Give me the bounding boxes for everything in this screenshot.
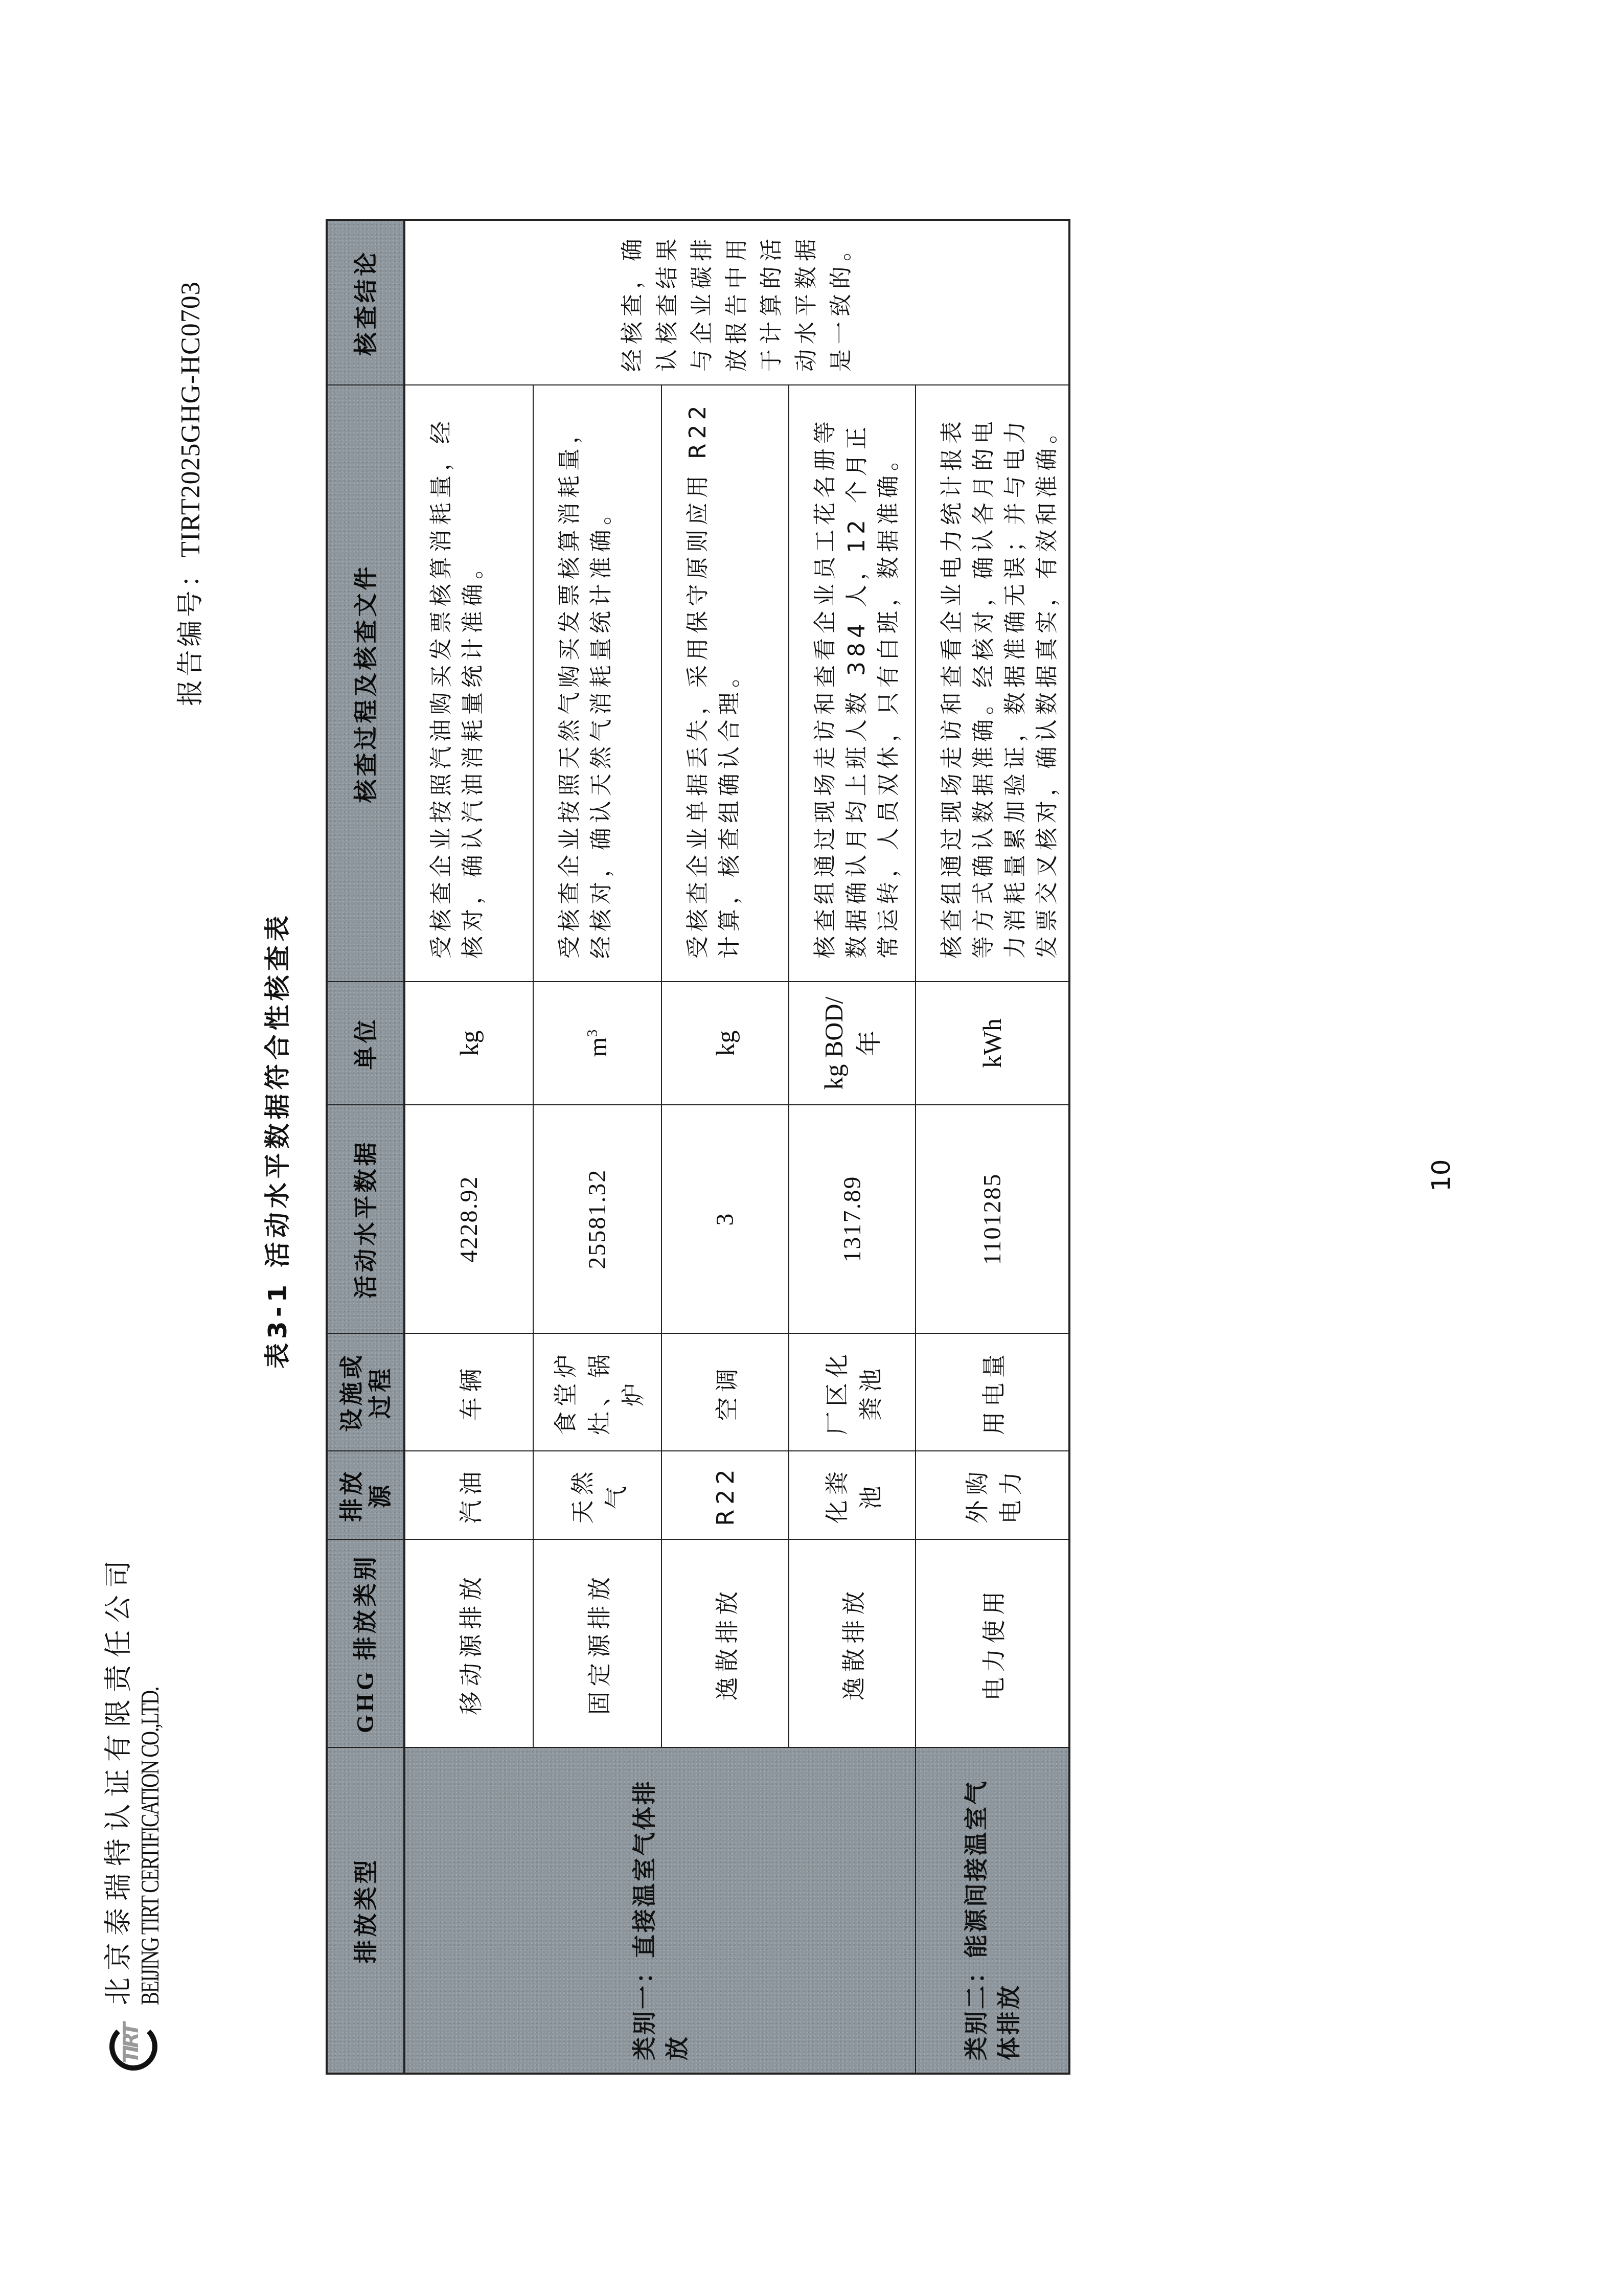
company-name-en: BEIJING TIRT CERTIFICATION CO.,LTD.	[135, 1652, 165, 2005]
source-cell: 外购电力	[916, 1451, 1069, 1539]
facility-cell: 食堂炉灶、锅炉	[533, 1333, 661, 1451]
unit-cell: kWh	[916, 982, 1069, 1105]
table-header-row: 排放类型 GHG 排放类别 排放源 设施或过程 活动水平数据 单位 核查过程及核…	[327, 220, 404, 2074]
emission-type-cell: 类别二：能源间接温室气体排放	[916, 1747, 1069, 2074]
process-cell: 受核查企业按照汽油购买发票核算消耗量，经核对，确认汽油消耗量统计准确。	[404, 385, 533, 982]
rotated-landscape-page: TIRT 北京泰瑞特认证有限责任公司 BEIJING TIRT CERTIFIC…	[0, 0, 1622, 2296]
ghg-category-cell: 逸散排放	[789, 1539, 916, 1747]
facility-cell: 车辆	[404, 1333, 533, 1451]
process-cell: 核查组通过现场走访和查看企业电力统计报表等方式确认数据准确。经核对，确认各月的电…	[916, 385, 1069, 982]
col-header-activity-data: 活动水平数据	[327, 1105, 404, 1333]
facility-cell: 空调	[661, 1333, 789, 1451]
col-header-conclusion: 核查结论	[327, 220, 404, 385]
report-number-label: 报告编号：	[175, 558, 206, 706]
table-row: 类别一：直接温室气体排放移动源排放汽油车辆4228.92kg受核查企业按照汽油购…	[404, 220, 533, 2074]
col-header-unit: 单位	[327, 982, 404, 1105]
col-header-facility: 设施或过程	[327, 1333, 404, 1451]
process-cell: 核查组通过现场走访和查看企业员工花名册等数据确认月均上班人数 384 人，12 …	[789, 385, 916, 982]
table-caption: 表3-1 活动水平数据符合性核查表	[257, 0, 294, 2296]
activity-data-verification-table: 排放类型 GHG 排放类别 排放源 设施或过程 活动水平数据 单位 核查过程及核…	[326, 219, 1070, 2075]
table-row: 类别二：能源间接温室气体排放电力使用外购电力用电量1101285kWh核查组通过…	[916, 220, 1069, 2074]
col-header-process: 核查过程及核查文件	[327, 385, 404, 982]
tirt-logo-icon: TIRT	[105, 2018, 162, 2075]
unit-cell: m3	[533, 982, 661, 1105]
unit-base: m	[583, 1037, 612, 1057]
unit-cell: kg	[661, 982, 789, 1105]
unit-superscript: 3	[584, 1030, 601, 1037]
unit-cell: kg BOD/年	[789, 982, 916, 1105]
activity-data-cell: 1317.89	[789, 1105, 916, 1333]
source-cell: R22	[661, 1451, 789, 1539]
col-header-source: 排放源	[327, 1451, 404, 1539]
col-header-ghg-category: GHG 排放类别	[327, 1539, 404, 1747]
process-cell: 受核查企业按照天然气购买发票核算消耗量，经核对，确认天然气消耗量统计准确。	[533, 385, 661, 982]
ghg-category-cell: 逸散排放	[661, 1539, 789, 1747]
activity-data-cell: 1101285	[916, 1105, 1069, 1333]
activity-data-cell: 4228.92	[404, 1105, 533, 1333]
unit-cell: kg	[404, 982, 533, 1105]
report-number-value: TIRT2025GHG-HC0703	[176, 281, 205, 558]
page-number: 10	[1426, 1159, 1456, 1192]
activity-data-cell: 25581.32	[533, 1105, 661, 1333]
process-cell: 受核查企业单据丢失，采用保守原则应用 R22 计算，核查组确认合理。	[661, 385, 789, 982]
activity-data-cell: 3	[661, 1105, 789, 1333]
facility-cell: 厂区化粪池	[789, 1333, 916, 1451]
facility-cell: 用电量	[916, 1333, 1069, 1451]
conclusion-cell: 经核查，确认核查结果与企业碳排放报告中用于计算的活动水平数据是一致的。	[404, 220, 1069, 385]
ghg-category-cell: 固定源排放	[533, 1539, 661, 1747]
source-cell: 汽油	[404, 1451, 533, 1539]
source-cell: 化粪池	[789, 1451, 916, 1539]
report-number: 报告编号：TIRT2025GHG-HC0703	[169, 281, 207, 706]
emission-type-cell: 类别一：直接温室气体排放	[404, 1747, 916, 2074]
ghg-category-cell: 电力使用	[916, 1539, 1069, 1747]
company-name-cn: 北京泰瑞特认证有限责任公司	[102, 1553, 135, 2005]
col-header-emission-type: 排放类型	[327, 1747, 404, 2074]
source-cell: 天然气	[533, 1451, 661, 1539]
company-header: TIRT 北京泰瑞特认证有限责任公司 BEIJING TIRT CERTIFIC…	[102, 1553, 165, 2075]
ghg-category-cell: 移动源排放	[404, 1539, 533, 1747]
